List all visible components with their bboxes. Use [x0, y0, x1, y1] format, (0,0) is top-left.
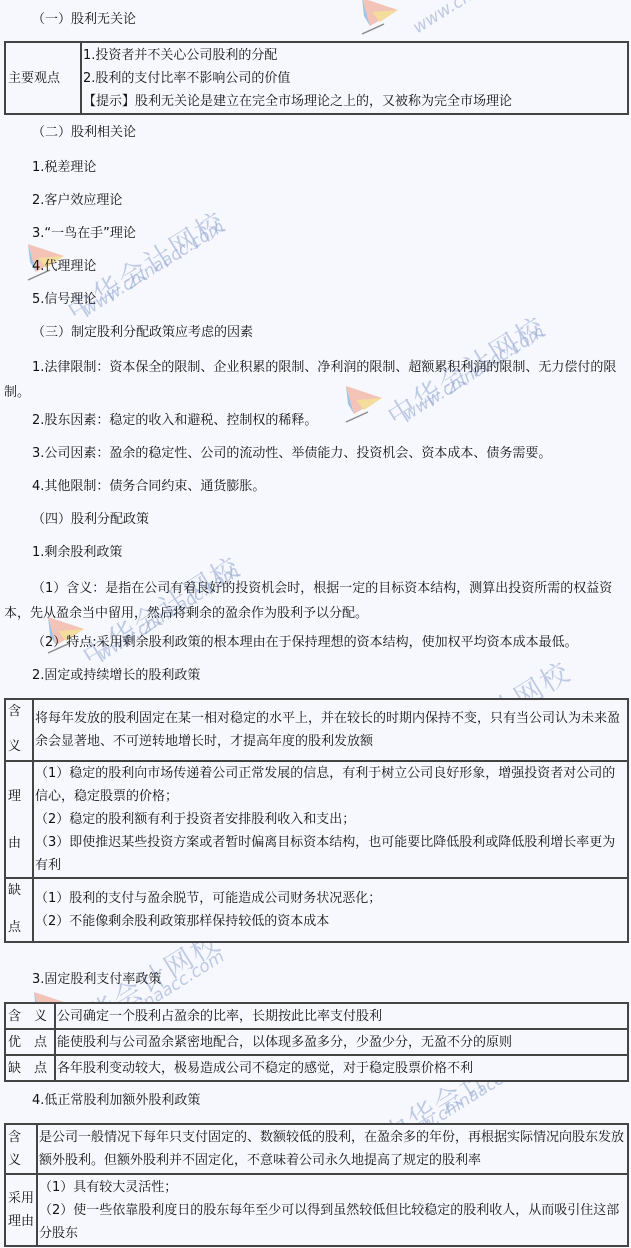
meaning-content: 将每年发放的股利固定在某一相对稳定的水平上，并在较长的时期内保持不变，只有当公司…	[33, 699, 628, 761]
watermark-logo-icon	[358, 0, 402, 38]
label-char: 点	[8, 916, 30, 939]
factor-item: 1.法律限制：资本保全的限制、企业积累的限制、净利润的限制、超额累积利润的限制、…	[4, 355, 624, 405]
residual-meaning: （1）含义：是指在公司有着良好的投资机会时，根据一定的目标资本结构，测算出投资所…	[4, 576, 624, 626]
view-line: 1.投资者并不关心公司股利的分配	[83, 44, 626, 67]
section-title-policy: （四）股利分配政策	[32, 512, 149, 528]
reason-item: （3）即使推迟某些投资方案或者暂时偏离目标资本结构，也可能要比降低股利或降低股利…	[35, 831, 626, 877]
low-normal-table: 含 义 是公司一般情况下每年只支付固定的、数额较低的股利，在盈余多的年份，再根据…	[4, 1123, 629, 1247]
weakness-label: 缺 点	[5, 878, 33, 942]
watermark-url: www.chinaacc.com	[410, 405, 573, 425]
label-char: 理	[8, 785, 30, 808]
ratio-label: 优 点	[5, 1029, 55, 1055]
theory-item: 2.客户效应理论	[32, 193, 122, 209]
label-char: 采用	[8, 1187, 34, 1210]
factor-item: 3.公司因素：盈余的稳定性、公司的流动性、举债能力、投资机会、资本成本、债务需要…	[32, 446, 551, 462]
reason-content: （1）稳定的股利向市场传递着公司正常发展的信息，有利于树立公司良好形象，增强投资…	[33, 761, 628, 878]
fixed-ratio-table: 含 义 公司确定一个股利占盈余的比率，长期按此比率支付股利 优 点 能使股利与公…	[4, 1002, 629, 1082]
meaning-content: 是公司一般情况下每年只支付固定的、数额较低的股利，在盈余多的年份，再根据实际情况…	[37, 1124, 628, 1174]
policy-title-low-normal: 4.低正常股利加额外股利政策	[32, 1093, 200, 1109]
watermark-url: www.chinaacc.com	[420, 18, 583, 38]
ratio-text: 各年股利变动较大，极易造成公司不稳定的感觉，对于稳定股票价格不利	[55, 1055, 628, 1081]
factor-item: 2.股东因素：稳定的收入和避税、控制权的稀释。	[32, 413, 317, 429]
ratio-text: 公司确定一个股利占盈余的比率，长期按此比率支付股利	[55, 1003, 628, 1029]
ratio-label: 缺 点	[5, 1055, 55, 1081]
meaning-label: 含 义	[5, 1124, 37, 1174]
main-view-label: 主要观点	[5, 42, 81, 114]
view-line: 2.股利的支付比率不影响公司的价值	[83, 67, 626, 90]
ratio-label: 含 义	[5, 1003, 55, 1029]
theory-item: 3.“一鸟在手”理论	[32, 226, 136, 242]
reason-content: （1）具有较大灵活性； （2）使一些依靠股利度日的股东每年至少可以得到虽然较低但…	[37, 1174, 628, 1246]
section-title-factors: （三）制定股利分配政策应考虑的因素	[32, 325, 253, 341]
reason-item: （2）稳定的股利额有利于投资者安排股利收入和支出；	[35, 808, 626, 831]
policy-title-fixed-ratio: 3.固定股利支付率政策	[32, 972, 161, 988]
watermark-cn: 中华会计网校	[80, 290, 260, 330]
factor-item: 4.其他限制：债务合同约束、通货膨胀。	[32, 479, 265, 495]
section-title-relevance: （二）股利相关论	[32, 125, 136, 141]
ratio-text: 能使股利与公司盈余紧密地配合，以体现多盈多分，少盈少分，无盈不分的原则	[55, 1029, 628, 1055]
reason-item: （1）具有较大灵活性；	[39, 1176, 626, 1199]
label-char: 义	[8, 1149, 34, 1172]
weakness-content: （1）股利的支付与盈余脱节，可能造成公司财务状况恶化； （2）不能像剩余股利政策…	[33, 878, 628, 942]
reason-label: 采用 理由	[5, 1174, 37, 1246]
theory-item: 1.税差理论	[32, 160, 96, 176]
label-char: 含	[8, 1126, 34, 1149]
policy-title-fixed: 2.固定或持续增长的股利政策	[32, 668, 200, 684]
label-char: 义	[8, 735, 30, 758]
meaning-label: 含 义	[5, 699, 33, 761]
theory-item: 5.信号理论	[32, 292, 96, 308]
label-char: 理由	[8, 1210, 34, 1233]
reason-item: （1）稳定的股利向市场传递着公司正常发展的信息，有利于树立公司良好形象，增强投资…	[35, 762, 626, 808]
label-char: 由	[8, 832, 30, 855]
policy-title-residual: 1.剩余股利政策	[32, 545, 122, 561]
section-title-irrelevance: （一）股利无关论	[32, 12, 136, 28]
weakness-item: （2）不能像剩余股利政策那样保持较低的资本成本	[35, 910, 626, 933]
label-char: 缺	[8, 879, 30, 902]
label-char: 含	[8, 700, 30, 723]
reason-item: （2）使一些依靠股利度日的股东每年至少可以得到虽然较低但比较稳定的股利收人，从而…	[39, 1199, 626, 1245]
tip-line: 【提示】股利无关论是建立在完全市场理论之上的，又被称为完全市场理论	[83, 90, 626, 113]
main-view-content: 1.投资者并不关心公司股利的分配 2.股利的支付比率不影响公司的价值 【提示】股…	[81, 42, 628, 114]
weakness-item: （1）股利的支付与盈余脱节，可能造成公司财务状况恶化；	[35, 887, 626, 910]
irrelevance-table: 主要观点 1.投资者并不关心公司股利的分配 2.股利的支付比率不影响公司的价值 …	[4, 41, 629, 115]
residual-feature: （2）特点:采用剩余股利政策的根本理由在于保持理想的资本结构，使加权平均资本成本…	[32, 635, 578, 651]
watermark-url: www.chinaacc.com	[90, 300, 253, 320]
fixed-dividend-table: 含 义 将每年发放的股利固定在某一相对稳定的水平上，并在较长的时期内保持不变，只…	[4, 698, 629, 943]
theory-item: 4.代理理论	[32, 259, 96, 275]
reason-label: 理 由	[5, 761, 33, 878]
